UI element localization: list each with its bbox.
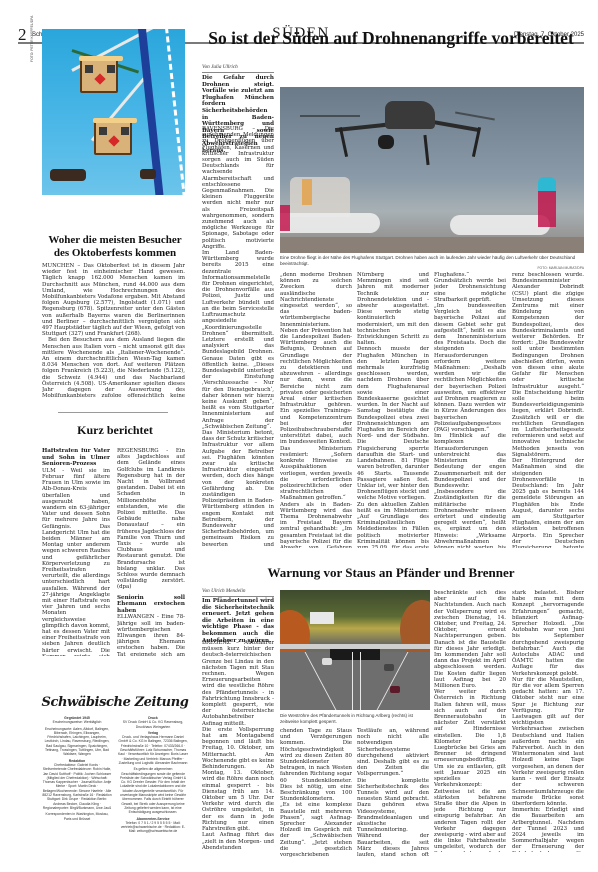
stau-column-1: BREGENZ – Autofahrer müssen kurz hinter … <box>202 640 274 850</box>
brief-body: ELLWANGEN - Eine 78-Jährige soll im bade… <box>117 614 185 656</box>
paragraph: Bei den Besuchern aus dem Ausland liegen… <box>42 337 185 397</box>
drone-byline: Von Julia Ullrich <box>202 64 274 73</box>
house <box>310 612 334 624</box>
lane-marking <box>352 652 353 710</box>
stau-column-4: beschränkte sich dies aber auf die Nacht… <box>434 590 506 852</box>
terminal-building <box>290 177 350 217</box>
drone-body <box>385 101 435 129</box>
heart-icon <box>108 135 119 146</box>
eurowings-tail-top <box>538 177 556 191</box>
drone-leg <box>339 127 348 157</box>
stau-headline: Warnung vor Staus an Pfänder und Brenner <box>198 565 584 581</box>
tarmac <box>280 237 584 253</box>
drone-headline: So ist der Süden auf Drohnenangriffe vor… <box>198 28 584 48</box>
lane-marking <box>360 652 361 710</box>
drone-column-5: renz beschlossen wurde. Bundesinnenminis… <box>512 272 584 548</box>
brief-title: Haftstrafen für Vater und Sohn in Ulmer … <box>42 448 110 468</box>
eurowings-tail <box>538 187 556 227</box>
stau-byline: Von Ulrich Mendelin <box>202 588 274 597</box>
motorway <box>280 652 430 710</box>
ferris-photo-credit: FOTO: PETER KNEFFEL/DPA <box>30 16 34 62</box>
brief-column-1: Haftstrafen für Vater und Sohn in Ulmer … <box>42 448 110 656</box>
imp-text: Korrespondenten in Washington, Moskau, P… <box>42 812 112 821</box>
newspaper-page: 2 Schwäbische Zeitung SÜDEN Dienstag, 7.… <box>18 0 584 872</box>
propeller <box>300 115 360 117</box>
gondola <box>80 59 118 93</box>
drone-column-1: RAVENSBURG – Die zunehmenden Meldungen z… <box>202 126 274 546</box>
imp-text: Erscheinungsorte: Aalen, Altdorf, Baling… <box>42 727 112 757</box>
ferris-wheel-photo <box>42 29 185 195</box>
stau-column-2: chenden Tage zu Staus und Verzögerungen … <box>280 728 352 858</box>
imp-text: SV Druck GmbH & Co. KG Ravensburg, Druck… <box>118 720 188 729</box>
stau-photo-caption: Die Weströhre des Pfändertunnels in Rich… <box>280 713 430 724</box>
brief-body: REGENSBURG - Ein altes Jagdschloss auf d… <box>117 448 185 591</box>
drone-column-2: „denn moderne Drohnen können zu solchen … <box>280 272 352 548</box>
drone-column-4: Flughafens.“ Grundsätzlich werde bei jed… <box>434 272 506 548</box>
paragraph: MÜNCHEN – Das Oktoberfest ist in diesem … <box>42 263 185 337</box>
divider <box>58 412 168 413</box>
kurz-berichtet-heading: Kurz berichtet <box>40 423 190 438</box>
imp-text: Erscheinungsweise: Werktäglich <box>42 720 112 724</box>
newspaper-logo: Schwäbische Zeitung <box>40 695 190 710</box>
oktoberfest-headline: Woher die meisten Besucher des Oktoberfe… <box>40 234 190 260</box>
drone-column-3: Nürnberg und Memmingen sind seit Jahren … <box>357 272 429 548</box>
drone-photo <box>280 87 584 253</box>
lufthansa-tail <box>302 179 312 205</box>
imp-text: Druck- und Verlagshaus Hermann Daniel Gm… <box>118 735 188 765</box>
eurowings-tail <box>280 205 290 231</box>
impressum-left: Gegründet 1945 Erscheinungsweise: Werktä… <box>42 716 112 821</box>
imp-text: Chefredakteur: Gabriel Kords · Stellvert… <box>42 763 112 810</box>
car <box>384 664 394 671</box>
page-number: 2 <box>18 26 27 43</box>
impressum-right: Druck SV Druck GmbH & Co. KG Ravensburg,… <box>118 716 188 834</box>
sign-gantry <box>280 644 430 649</box>
drone-photo-caption: Eine Drohne fliegt in der Nähe des Flugh… <box>280 255 584 266</box>
imp-label: Abonnenten-Service <box>137 817 170 821</box>
airplane <box>450 215 550 235</box>
heart-icon <box>94 73 105 84</box>
drone-leg <box>423 135 429 165</box>
drone-leg <box>472 127 481 157</box>
swing-riders <box>50 169 86 181</box>
stau-column-5: stark belastet. Bisher habe man mit dem … <box>512 590 584 852</box>
imp-text: Telefon: 0 7 5 1 / 2 9 5 5 5 5 5 · Mail:… <box>118 821 188 834</box>
swing-riders <box>140 169 156 179</box>
stau-column-3: Testläufe an, während noch nicht alle no… <box>357 728 429 858</box>
drone-camera <box>378 135 394 149</box>
car <box>322 658 332 665</box>
autumn-tree <box>400 600 430 660</box>
pfaender-tunnel-photo <box>280 590 430 710</box>
car <box>390 686 400 693</box>
brief-column-2: REGENSBURG - Ein altes Jagdschloss auf d… <box>117 448 185 656</box>
propeller <box>455 112 495 120</box>
airplane <box>280 213 380 233</box>
imp-text: Es gelten die allgemeinen Geschäftsbedin… <box>118 767 188 814</box>
gondola <box>94 121 132 155</box>
stau-lead: Im Pfändertunnel wird die Sicherheitstec… <box>202 598 274 644</box>
brief-body: ULM - Weil sie im Februar fünf ältere Fr… <box>42 468 110 656</box>
drone-photo-credit: FOTO: MARIJAN MURAT/DPA <box>537 266 584 270</box>
brief-title: Seniorin soll Ehemann erstochen haben <box>117 595 185 615</box>
oktoberfest-body: MÜNCHEN – Das Oktoberfest ist in diesem … <box>42 263 185 397</box>
